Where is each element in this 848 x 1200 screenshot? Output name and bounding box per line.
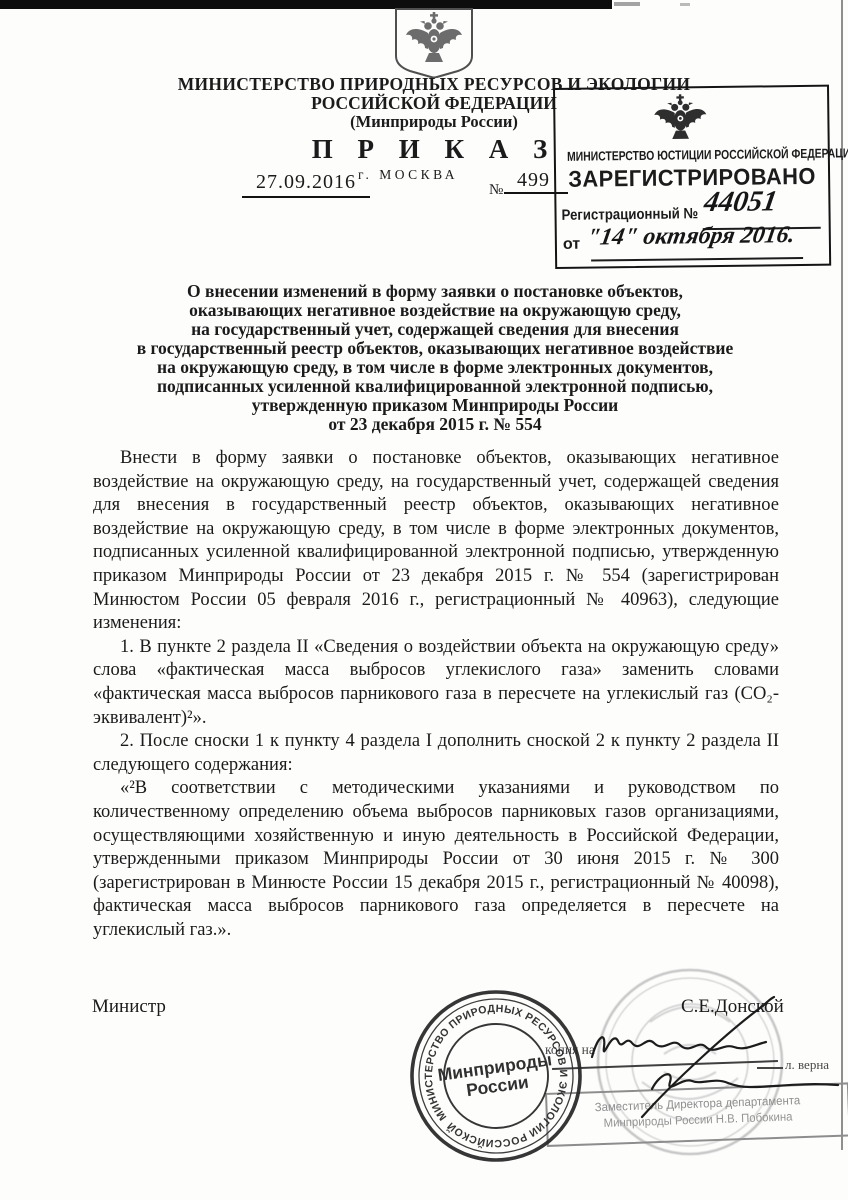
document-number: 499 bbox=[517, 169, 550, 192]
minprirody-round-seal: МИНИСТЕРСТВО ПРИРОДНЫХ РЕСУРСОВ И ЭКОЛОГ… bbox=[408, 988, 584, 1164]
signer-position: Министр bbox=[92, 996, 166, 1018]
registration-date-handwritten: "14" октября 2016. bbox=[585, 222, 797, 252]
number-sign: № bbox=[489, 182, 503, 199]
scan-artifact-right-line bbox=[841, 0, 843, 1150]
title-line: оказывающих негативное воздействие на ок… bbox=[60, 301, 810, 320]
justice-registration-stamp: МИНИСТЕРСТВО ЮСТИЦИИ РОССИЙСКОЙ ФЕДЕРАЦИ… bbox=[553, 85, 831, 269]
title-line: подписанных усиленной квалифицированной … bbox=[60, 377, 810, 396]
coat-of-arms-icon bbox=[388, 4, 480, 78]
registered-label: ЗАРЕГИСТРИРОВАНО bbox=[563, 163, 822, 193]
body-paragraph: Внести в форму заявки о постановке объек… bbox=[93, 447, 779, 636]
justice-ministry-label: МИНИСТЕРСТВО ЮСТИЦИИ РОССИЙСКОЙ ФЕДЕРАЦИ… bbox=[567, 146, 817, 164]
title-line: от 23 декабря 2015 г. № 554 bbox=[60, 415, 810, 434]
justice-eagle-icon bbox=[651, 92, 710, 145]
registration-number-handwritten: 44051 bbox=[702, 185, 780, 219]
title-line: на государственный учет, содержащей свед… bbox=[60, 320, 810, 339]
registration-date-underline bbox=[591, 257, 803, 261]
handwritten-signature bbox=[540, 985, 848, 1155]
scan-artifact-top-band bbox=[0, 0, 612, 9]
scanned-order-document: МИНИСТЕРСТВО ПРИРОДНЫХ РЕСУРСОВ И ЭКОЛОГ… bbox=[0, 0, 848, 1200]
from-label: от bbox=[563, 236, 580, 254]
order-body: Внести в форму заявки о постановке объек… bbox=[93, 447, 779, 942]
registration-number-label: Регистрационный № bbox=[561, 205, 698, 224]
document-date: 27.09.2016 bbox=[256, 171, 356, 194]
title-line: в государственный реестр объектов, оказы… bbox=[60, 339, 810, 358]
scan-artifact-smudge bbox=[614, 2, 640, 6]
title-line: О внесении изменений в форму заявки о по… bbox=[60, 282, 810, 301]
order-title: О внесении изменений в форму заявки о по… bbox=[60, 282, 810, 434]
body-paragraph: 1. В пункте 2 раздела II «Сведения о воз… bbox=[93, 636, 779, 730]
scan-artifact-smudge bbox=[680, 3, 690, 6]
title-line: утвержденную приказом Минприроды России bbox=[60, 396, 810, 415]
date-underline bbox=[242, 196, 370, 198]
body-paragraph: «²В соответствии с методическими указани… bbox=[93, 777, 779, 942]
body-paragraph: 2. После сноски 1 к пункту 4 раздела I д… bbox=[93, 730, 779, 777]
title-line: на окружающую среду, в том числе в форме… bbox=[60, 358, 810, 377]
